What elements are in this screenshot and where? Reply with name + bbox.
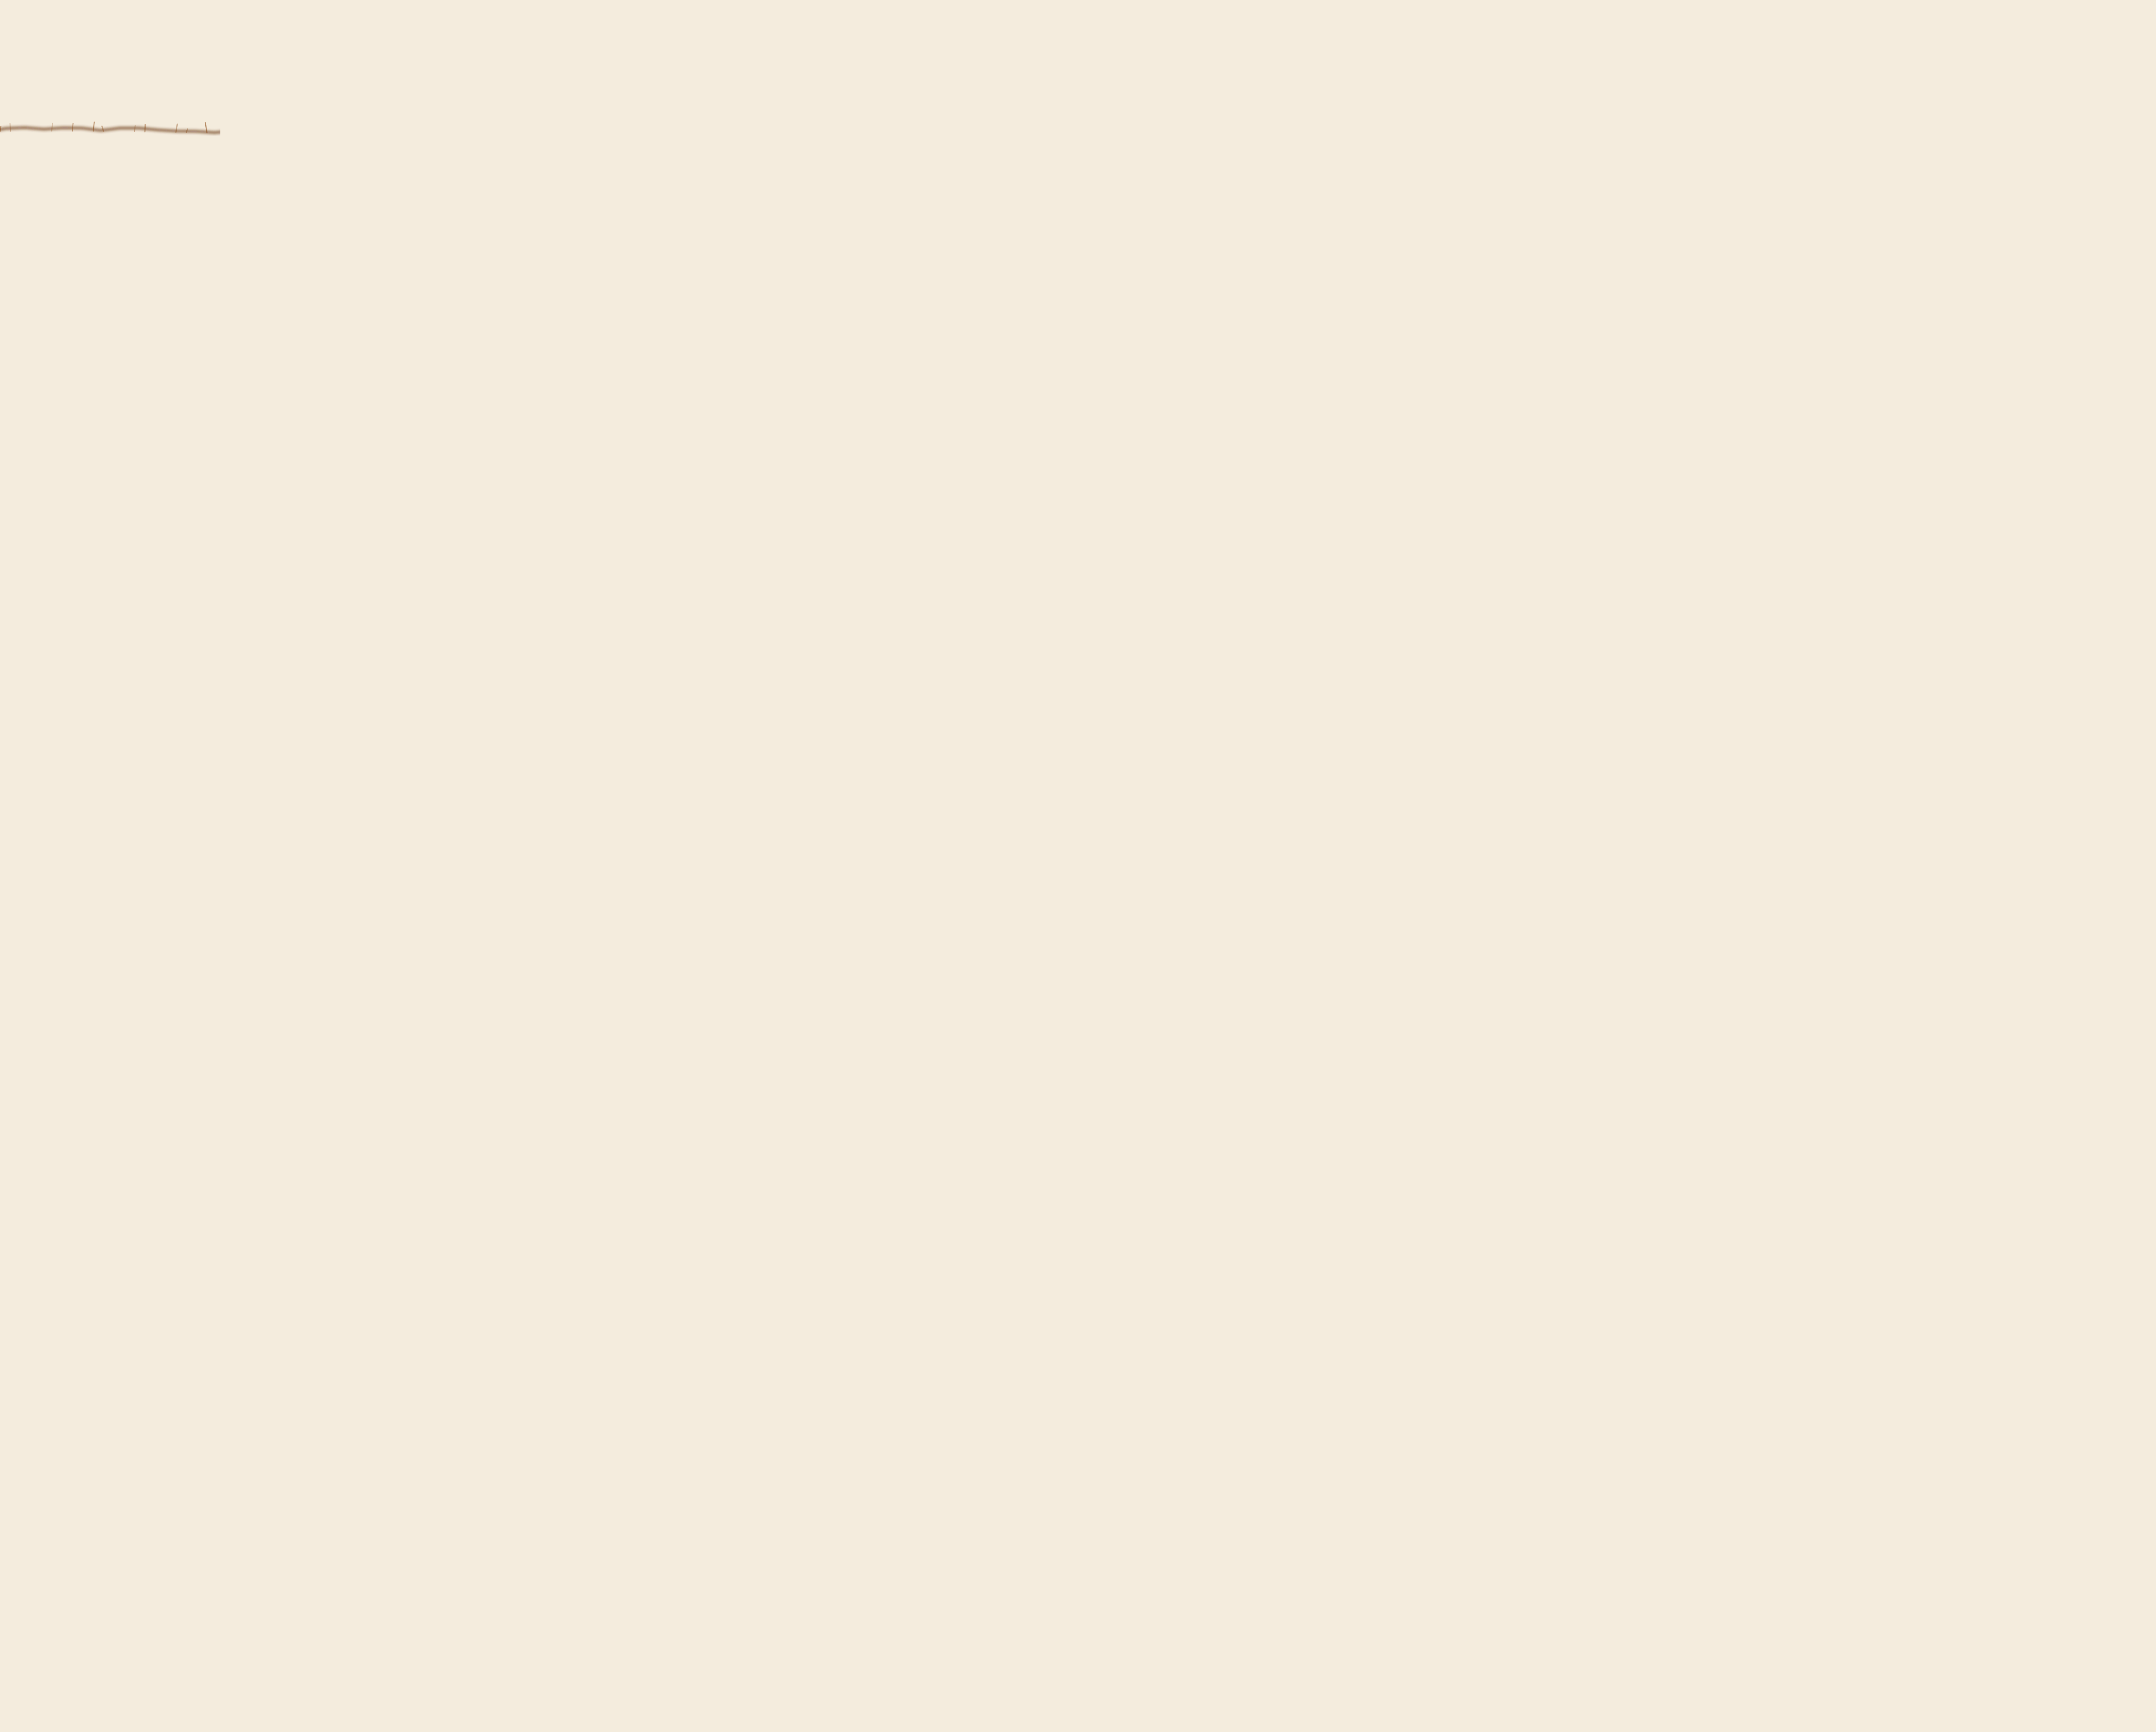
manuscript-photo bbox=[0, 0, 2156, 1732]
stains-and-specks bbox=[0, 108, 2156, 1626]
fine-grain-overlay bbox=[0, 108, 2156, 1626]
manuscript-scene bbox=[0, 0, 2156, 1732]
